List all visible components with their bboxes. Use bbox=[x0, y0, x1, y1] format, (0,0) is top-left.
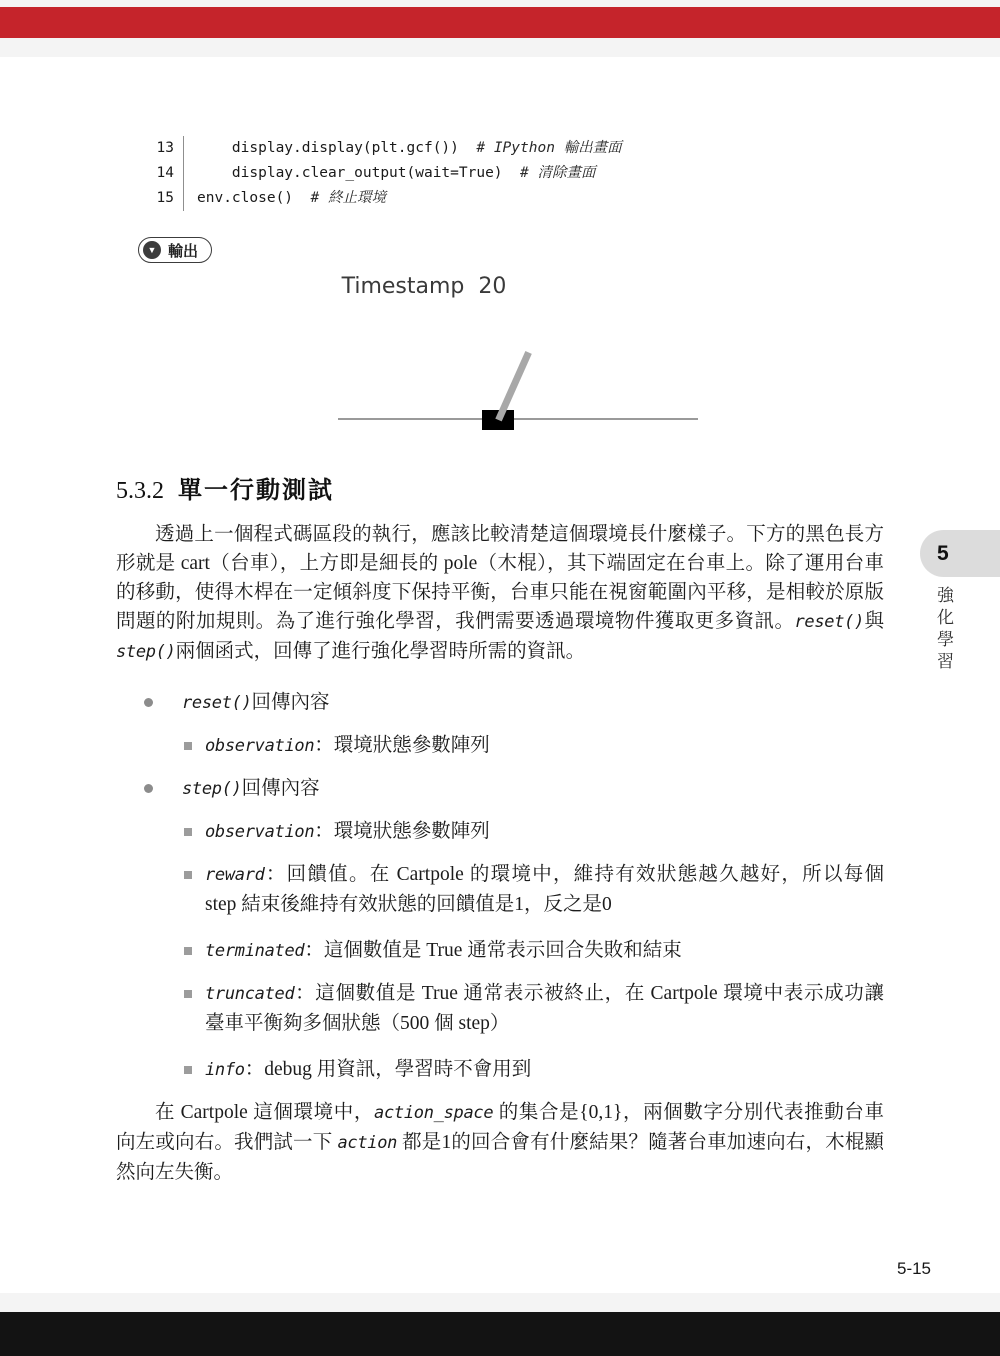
triangle-down-icon: ▼ bbox=[143, 241, 161, 259]
list-item-text: truncated：這個數值是 True 通常表示被終止，在 Cartpole … bbox=[205, 983, 884, 1034]
section-heading: 5.3.2單一行動測試 bbox=[116, 470, 334, 505]
paragraph: 透過上一個程式碼區段的執行，應該比較清楚這個環境長什麼樣子。下方的黑色長方形就是… bbox=[116, 520, 884, 667]
code-comment: # 終止環境 bbox=[293, 186, 386, 211]
paragraph: 在 Cartpole 這個環境中，action_space 的集合是{0,1}，… bbox=[116, 1098, 884, 1187]
inline-code: reward bbox=[205, 865, 265, 885]
inline-code: step() bbox=[182, 779, 242, 799]
reader-bottom-bar bbox=[0, 1312, 1000, 1356]
cartpole-track bbox=[338, 418, 698, 420]
inline-code: reset() bbox=[182, 693, 252, 713]
section-title: 單一行動測試 bbox=[178, 477, 334, 504]
square-bullet-icon bbox=[184, 828, 192, 836]
list-item: truncated：這個數值是 True 通常表示被終止，在 Cartpole … bbox=[116, 979, 884, 1038]
list-item: reward：回饋值。在 Cartpole 的環境中，維持有效狀態越久越好，所以… bbox=[116, 860, 884, 919]
inline-code: action_space bbox=[374, 1103, 493, 1123]
bullet-list: reset()回傳內容observation：環境狀態參數陣列step()回傳內… bbox=[116, 688, 884, 1085]
reader-top-bar bbox=[0, 7, 1000, 38]
list-item: step()回傳內容 bbox=[116, 774, 884, 804]
list-item-text: reward：回饋值。在 Cartpole 的環境中，維持有效狀態越久越好，所以… bbox=[205, 864, 884, 915]
code-text: display.clear_output(wait=True) bbox=[184, 161, 503, 186]
list-item-text: terminated：這個數值是 True 通常表示回合失敗和結束 bbox=[205, 940, 682, 961]
list-item-text: observation：環境狀態參數陣列 bbox=[205, 821, 490, 842]
list-item-text: step()回傳內容 bbox=[182, 778, 320, 799]
code-text: display.display(plt.gcf()) bbox=[184, 136, 459, 161]
inline-code: observation bbox=[205, 822, 314, 842]
square-bullet-icon bbox=[184, 742, 192, 750]
code-text: env.close() bbox=[184, 186, 293, 211]
code-line-number: 15 bbox=[148, 186, 184, 211]
list-item-text: observation：環境狀態參數陣列 bbox=[205, 735, 490, 756]
code-comment: # 清除畫面 bbox=[503, 161, 596, 186]
code-line: 14 display.clear_output(wait=True) # 清除畫… bbox=[148, 161, 622, 186]
output-badge-label: 輸出 bbox=[168, 240, 198, 261]
figure-title: Timestamp 20 bbox=[294, 274, 554, 299]
inline-code: terminated bbox=[205, 941, 304, 961]
list-item-text: reset()回傳內容 bbox=[182, 692, 330, 713]
inline-code: action bbox=[337, 1133, 397, 1153]
square-bullet-icon bbox=[184, 1066, 192, 1074]
list-item: observation：環境狀態參數陣列 bbox=[116, 731, 884, 761]
square-bullet-icon bbox=[184, 947, 192, 955]
output-badge: ▼ 輸出 bbox=[138, 237, 212, 263]
inline-code: observation bbox=[205, 736, 314, 756]
chapter-tab-title: 強化學習 bbox=[931, 586, 956, 674]
chapter-tab: 5 bbox=[920, 530, 1000, 577]
code-line-number: 14 bbox=[148, 161, 184, 186]
body-text: 透過上一個程式碼區段的執行，應該比較清楚這個環境長什麼樣子。下方的黑色長方形就是… bbox=[116, 520, 884, 1187]
chapter-tab-number: 5 bbox=[937, 542, 949, 566]
inline-code: step() bbox=[116, 642, 176, 662]
code-line: 15env.close() # 終止環境 bbox=[148, 186, 622, 211]
list-item: reset()回傳內容 bbox=[116, 688, 884, 718]
code-line: 13 display.display(plt.gcf()) # IPython … bbox=[148, 136, 622, 161]
code-block: 13 display.display(plt.gcf()) # IPython … bbox=[148, 136, 622, 211]
code-comment: # IPython 輸出畫面 bbox=[459, 136, 622, 161]
page-number: 5-15 bbox=[884, 1259, 944, 1279]
circle-bullet-icon bbox=[144, 784, 153, 793]
section-number: 5.3.2 bbox=[116, 478, 164, 504]
square-bullet-icon bbox=[184, 871, 192, 879]
inline-code: truncated bbox=[205, 984, 294, 1004]
square-bullet-icon bbox=[184, 990, 192, 998]
circle-bullet-icon bbox=[144, 698, 153, 707]
inline-code: info bbox=[205, 1060, 245, 1080]
code-line-number: 13 bbox=[148, 136, 184, 161]
list-item-text: info：debug 用資訊，學習時不會用到 bbox=[205, 1059, 531, 1080]
list-item: info：debug 用資訊，學習時不會用到 bbox=[116, 1055, 884, 1085]
list-item: terminated：這個數值是 True 通常表示回合失敗和結束 bbox=[116, 936, 884, 966]
list-item: observation：環境狀態參數陣列 bbox=[116, 817, 884, 847]
inline-code: reset() bbox=[794, 612, 864, 632]
